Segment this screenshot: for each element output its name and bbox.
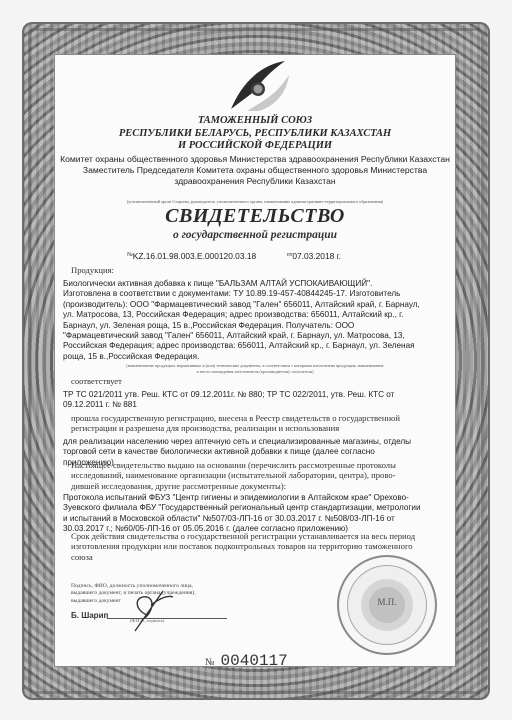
authority-line: Заместитель Председателя Комитета охраны…: [55, 165, 455, 176]
basis-line: исследований, наименование организации (…: [71, 470, 455, 480]
statement-line: регистрации и разрешена для производства…: [71, 423, 455, 433]
handwritten-signature-icon: [125, 585, 175, 633]
product-line: Российская Федерация; адрес производства…: [63, 341, 455, 351]
statement-line: прошла государственную регистрацию, внес…: [71, 413, 455, 423]
product-caption: (наименование продукции, нормативные и (…: [55, 363, 455, 374]
serial-number: №0040117: [205, 652, 288, 670]
certificate-title: СВИДЕТЕЛЬСТВО: [55, 205, 455, 228]
official-stamp: М.П.: [337, 555, 437, 655]
product-line: "Фармацевтический завод "Гален" 656011, …: [63, 331, 455, 341]
serial-value: 0040117: [221, 652, 288, 670]
product-label: Продукция:: [71, 265, 114, 275]
union-line: РЕСПУБЛИКИ БЕЛАРУСЬ, РЕСПУБЛИКИ КАЗАХСТА…: [55, 128, 455, 141]
standards: ТР ТС 021/2011 утв. Реш. КТС от 09.12.20…: [63, 390, 455, 411]
certificate-sheet: ТАМОЖЕННЫЙ СОЮЗ РЕСПУБЛИКИ БЕЛАРУСЬ, РЕС…: [55, 55, 455, 666]
stamp-label: М.П.: [339, 597, 435, 607]
product-line: Изготовлена в соответствии с документами…: [63, 289, 455, 299]
serial-prefix: №: [205, 657, 215, 668]
protocol-line: Протокола испытаний ФБУЗ "Центр гигиены …: [63, 493, 455, 503]
usage-line: торговой сети в качестве биологически ак…: [63, 447, 455, 457]
product-line: (производитель): ООО "Фармацевтический з…: [63, 300, 455, 310]
standards-line: ТР ТС 021/2011 утв. Реш. КТС от 09.12.20…: [63, 390, 455, 400]
test-protocols: Протокола испытаний ФБУЗ "Центр гигиены …: [63, 493, 455, 535]
standards-line: 09.12.2011 г. № 881: [63, 400, 455, 410]
validity-line: изготовления продукции или поставок подк…: [71, 541, 455, 551]
caption-line: и место нахождения изготовителя (произво…: [55, 369, 455, 375]
basis-line: Настоящее свидетельство выдано на основа…: [71, 460, 455, 470]
eurasian-union-emblem-icon: [225, 57, 291, 113]
product-line: Биологически активная добавка к пище "БА…: [63, 279, 455, 289]
product-line: Барнаул, ул. Зеленая роща, 15 в.,Российс…: [63, 321, 455, 331]
conformity-label: соответствует: [71, 376, 122, 386]
issuing-authority: Комитет охраны общественного здоровья Ми…: [55, 154, 455, 187]
authority-caption: (уполномоченный орган Стороны, руководит…: [55, 199, 455, 205]
validity-line: Срок действия свидетельства о государств…: [71, 531, 455, 541]
authority-line: Комитет охраны общественного здоровья Ми…: [55, 154, 455, 165]
registration-date: 07.03.2018 г.: [292, 251, 341, 261]
basis-line: дившей исследования, другие рассмотренны…: [71, 481, 455, 491]
registration-number-line: №KZ.16.01.98.003.E.000120.03.18 от07.03.…: [127, 251, 341, 261]
union-line: ТАМОЖЕННЫЙ СОЮЗ: [55, 115, 455, 128]
product-line: роща, 15 в.,Российская Федерация.: [63, 352, 455, 362]
signer-name: Б. Шарип: [71, 611, 108, 620]
protocol-line: и испытаний в Московской области" №507/0…: [63, 514, 455, 524]
usage-line: для реализации населению через аптечную …: [63, 437, 455, 447]
authority-line: здравоохранения Республики Казахстан: [55, 176, 455, 187]
certificate-subtitle: о государственной регистрации: [55, 229, 455, 241]
union-title: ТАМОЖЕННЫЙ СОЮЗ РЕСПУБЛИКИ БЕЛАРУСЬ, РЕС…: [55, 115, 455, 153]
registration-number: KZ.16.01.98.003.E.000120.03.18: [133, 251, 256, 261]
basis-intro: Настоящее свидетельство выдано на основа…: [71, 460, 455, 491]
union-line: И РОССИЙСКОЙ ФЕДЕРАЦИИ: [55, 140, 455, 153]
product-line: ул. Матросова, 13, Российская Федерация;…: [63, 310, 455, 320]
protocol-line: Зуевского филиала ФБУ "Государственный р…: [63, 503, 455, 513]
registration-statement: прошла государственную регистрацию, внес…: [71, 413, 455, 434]
product-description: Биологически активная добавка к пище "БА…: [63, 279, 455, 362]
